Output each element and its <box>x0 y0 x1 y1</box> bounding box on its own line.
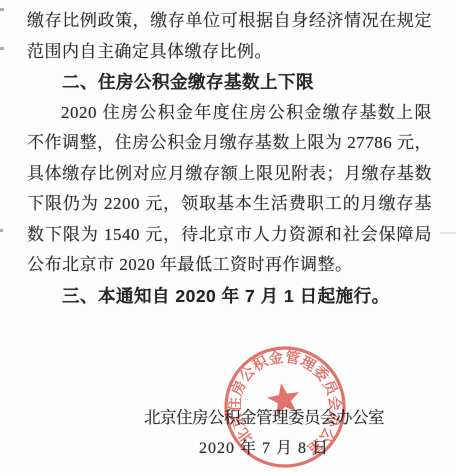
signature-org: 北京住房公积金管理委员会办公室 <box>144 403 384 434</box>
scan-artifact <box>0 8 4 11</box>
signature-date: 2020 年 7 月 8 日 <box>144 434 384 465</box>
section-heading-base-limits: 二、住房公积金缴存基数上下限 <box>27 67 432 98</box>
scan-artifact <box>440 232 456 234</box>
signature-block: 北京住房公积金管理委员会办公室 2020 年 7 月 8 日 <box>144 403 384 464</box>
scanned-document: { "page": { "background_color": "#fdfdfd… <box>0 0 456 473</box>
section-heading-effective-date: 三、本通知自 2020 年 7 月 1 日起施行。 <box>27 281 432 312</box>
scan-artifact <box>0 229 3 232</box>
scan-artifact <box>0 47 4 50</box>
paragraph-deposit-ratio: 缴存比例政策，缴存单位可根据自身经济情况在规定范围内自主确定具体缴存比例。 <box>27 6 432 67</box>
paragraph-base-limits-detail: 2020 住房公积金年度住房公积金缴存基数上限不作调整，住房公积金月缴存基数上限… <box>27 98 432 281</box>
